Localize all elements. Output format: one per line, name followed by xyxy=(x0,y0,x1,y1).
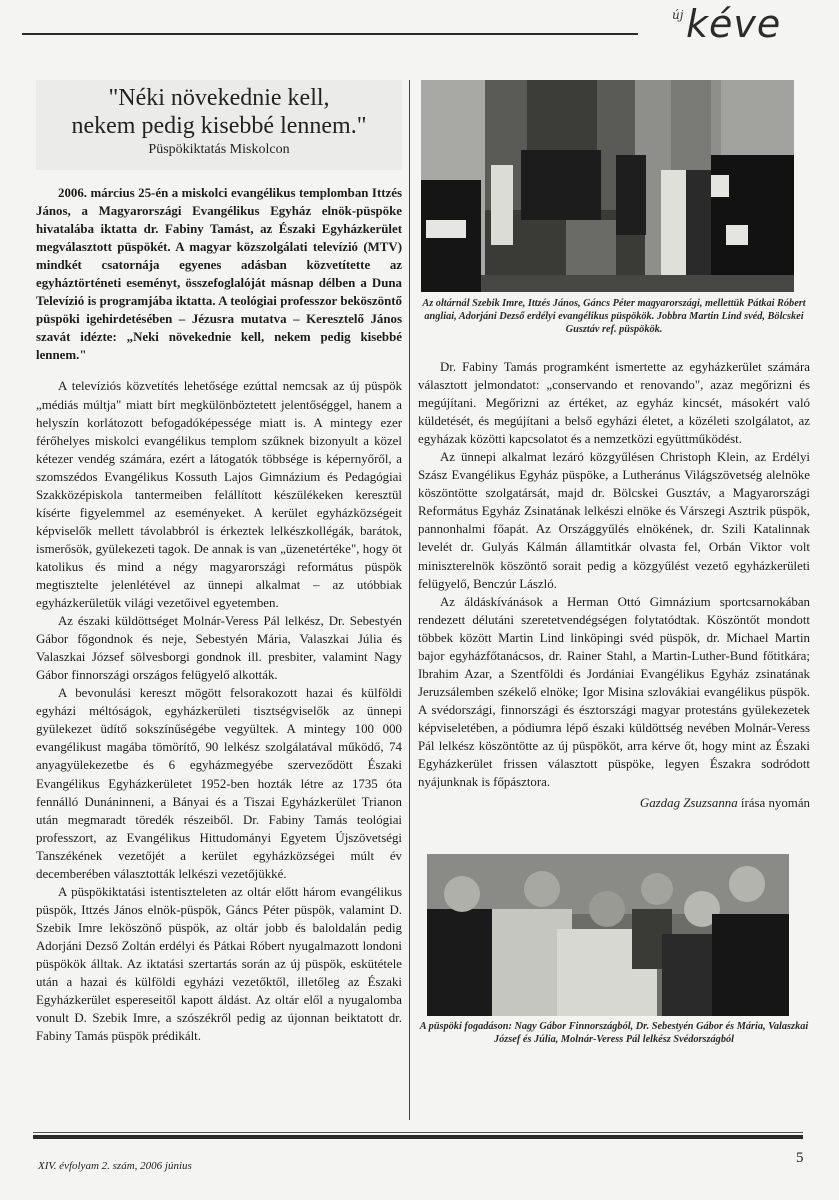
article-title-line2: nekem pedig kisebbé lennem." xyxy=(36,112,402,140)
lead-paragraph: 2006. március 25-én a miskolci evangélik… xyxy=(36,184,402,364)
byline: Gazdag Zsuzsanna írása nyomán xyxy=(418,794,810,812)
article-subtitle: Püspökiktatás Miskolcon xyxy=(36,142,402,158)
altar-photo xyxy=(421,80,794,292)
reception-photo xyxy=(427,854,789,1016)
article-title-box: "Néki növekednie kell, nekem pedig kiseb… xyxy=(36,80,402,170)
magazine-logo: új kéve xyxy=(668,8,818,48)
reception-photo-caption: A püspöki fogadáson: Nagy Gábor Finnorsz… xyxy=(418,1020,810,1046)
header-rule xyxy=(22,33,638,35)
paragraph: A püspökiktatási istentiszteleten az olt… xyxy=(36,883,402,1045)
paragraph: Az áldáskívánások a Herman Ottó Gimnáziu… xyxy=(418,593,810,792)
paragraph: A televíziós közvetítés lehetősége ezútt… xyxy=(36,377,402,612)
right-column: Az oltárnál Szebik Imre, Ittzés János, G… xyxy=(418,80,810,1046)
left-column: "Néki növekednie kell, nekem pedig kiseb… xyxy=(36,80,402,1045)
paragraph: Dr. Fabiny Tamás programként ismertette … xyxy=(418,358,810,448)
logo-title: kéve xyxy=(686,2,781,46)
paragraph: A bevonulási kereszt mögött felsorakozot… xyxy=(36,684,402,883)
page-number: 5 xyxy=(796,1150,804,1167)
paragraph: Az ünnepi alkalmat lezáró közgyűlésen Ch… xyxy=(418,448,810,592)
article-body-left: 2006. március 25-én a miskolci evangélik… xyxy=(36,184,402,1045)
byline-author: Gazdag Zsuzsanna xyxy=(640,796,738,810)
issue-info: XIV. évfolyam 2. szám, 2006 június xyxy=(38,1160,192,1172)
logo-prefix: új xyxy=(672,8,683,22)
article-title-line1: "Néki növekednie kell, xyxy=(36,84,402,112)
paragraph: Az északi küldöttséget Molnár-Veress Pál… xyxy=(36,612,402,684)
altar-photo-image xyxy=(421,80,794,292)
column-divider xyxy=(409,80,410,1120)
altar-photo-caption: Az oltárnál Szebik Imre, Ittzés János, G… xyxy=(418,297,810,336)
reception-photo-image xyxy=(427,854,789,1016)
footer-rule-thick xyxy=(33,1135,803,1139)
byline-suffix: írása nyomán xyxy=(738,796,810,810)
footer-rule-thin xyxy=(33,1132,803,1133)
article-body-right: Dr. Fabiny Tamás programként ismertette … xyxy=(418,358,810,812)
